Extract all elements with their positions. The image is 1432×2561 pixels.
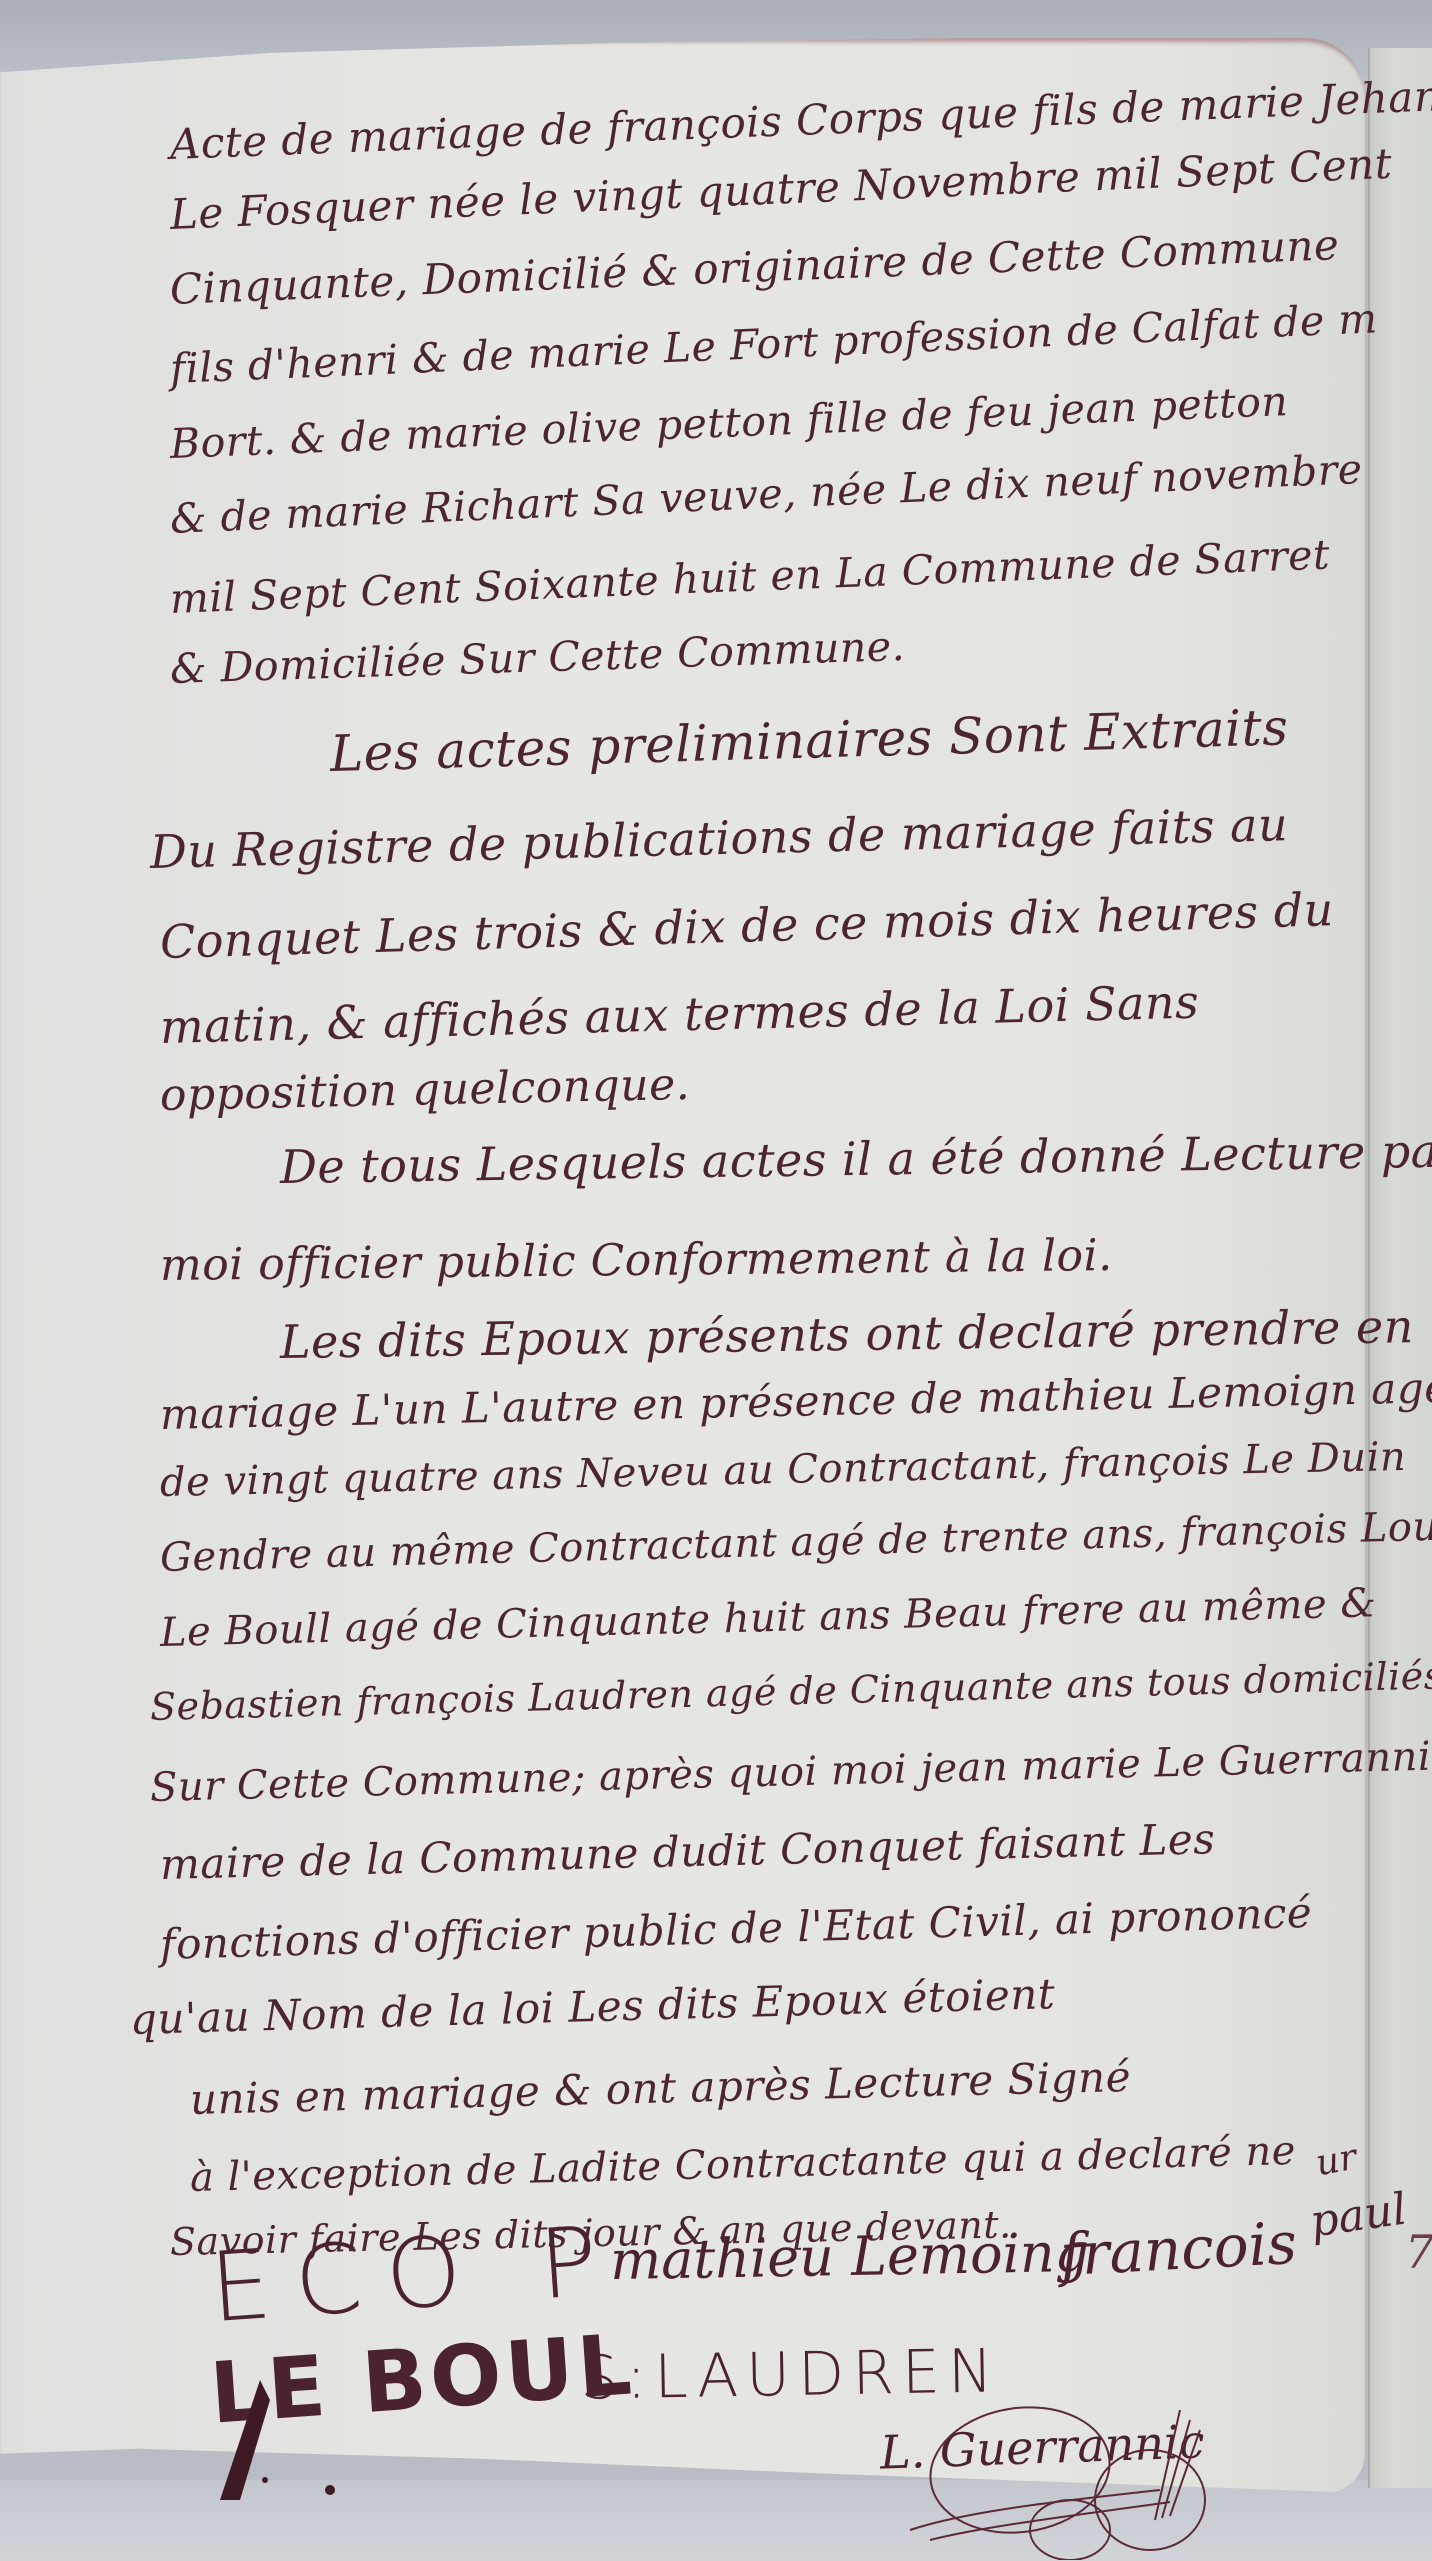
adjacent-page-edge [1368,48,1432,2488]
ink-blot-marks-icon [200,2340,360,2510]
signature-witness-francois: francois [1058,2209,1298,2289]
record-line: moi officier public Conformement à la lo… [160,1230,1113,1291]
mayor-signature-flourish-icon [850,2390,1270,2560]
signature-witness-mathieu-lemoing: mathieu Lemoing [609,2221,1089,2292]
margin-note: ur [1313,2137,1360,2184]
